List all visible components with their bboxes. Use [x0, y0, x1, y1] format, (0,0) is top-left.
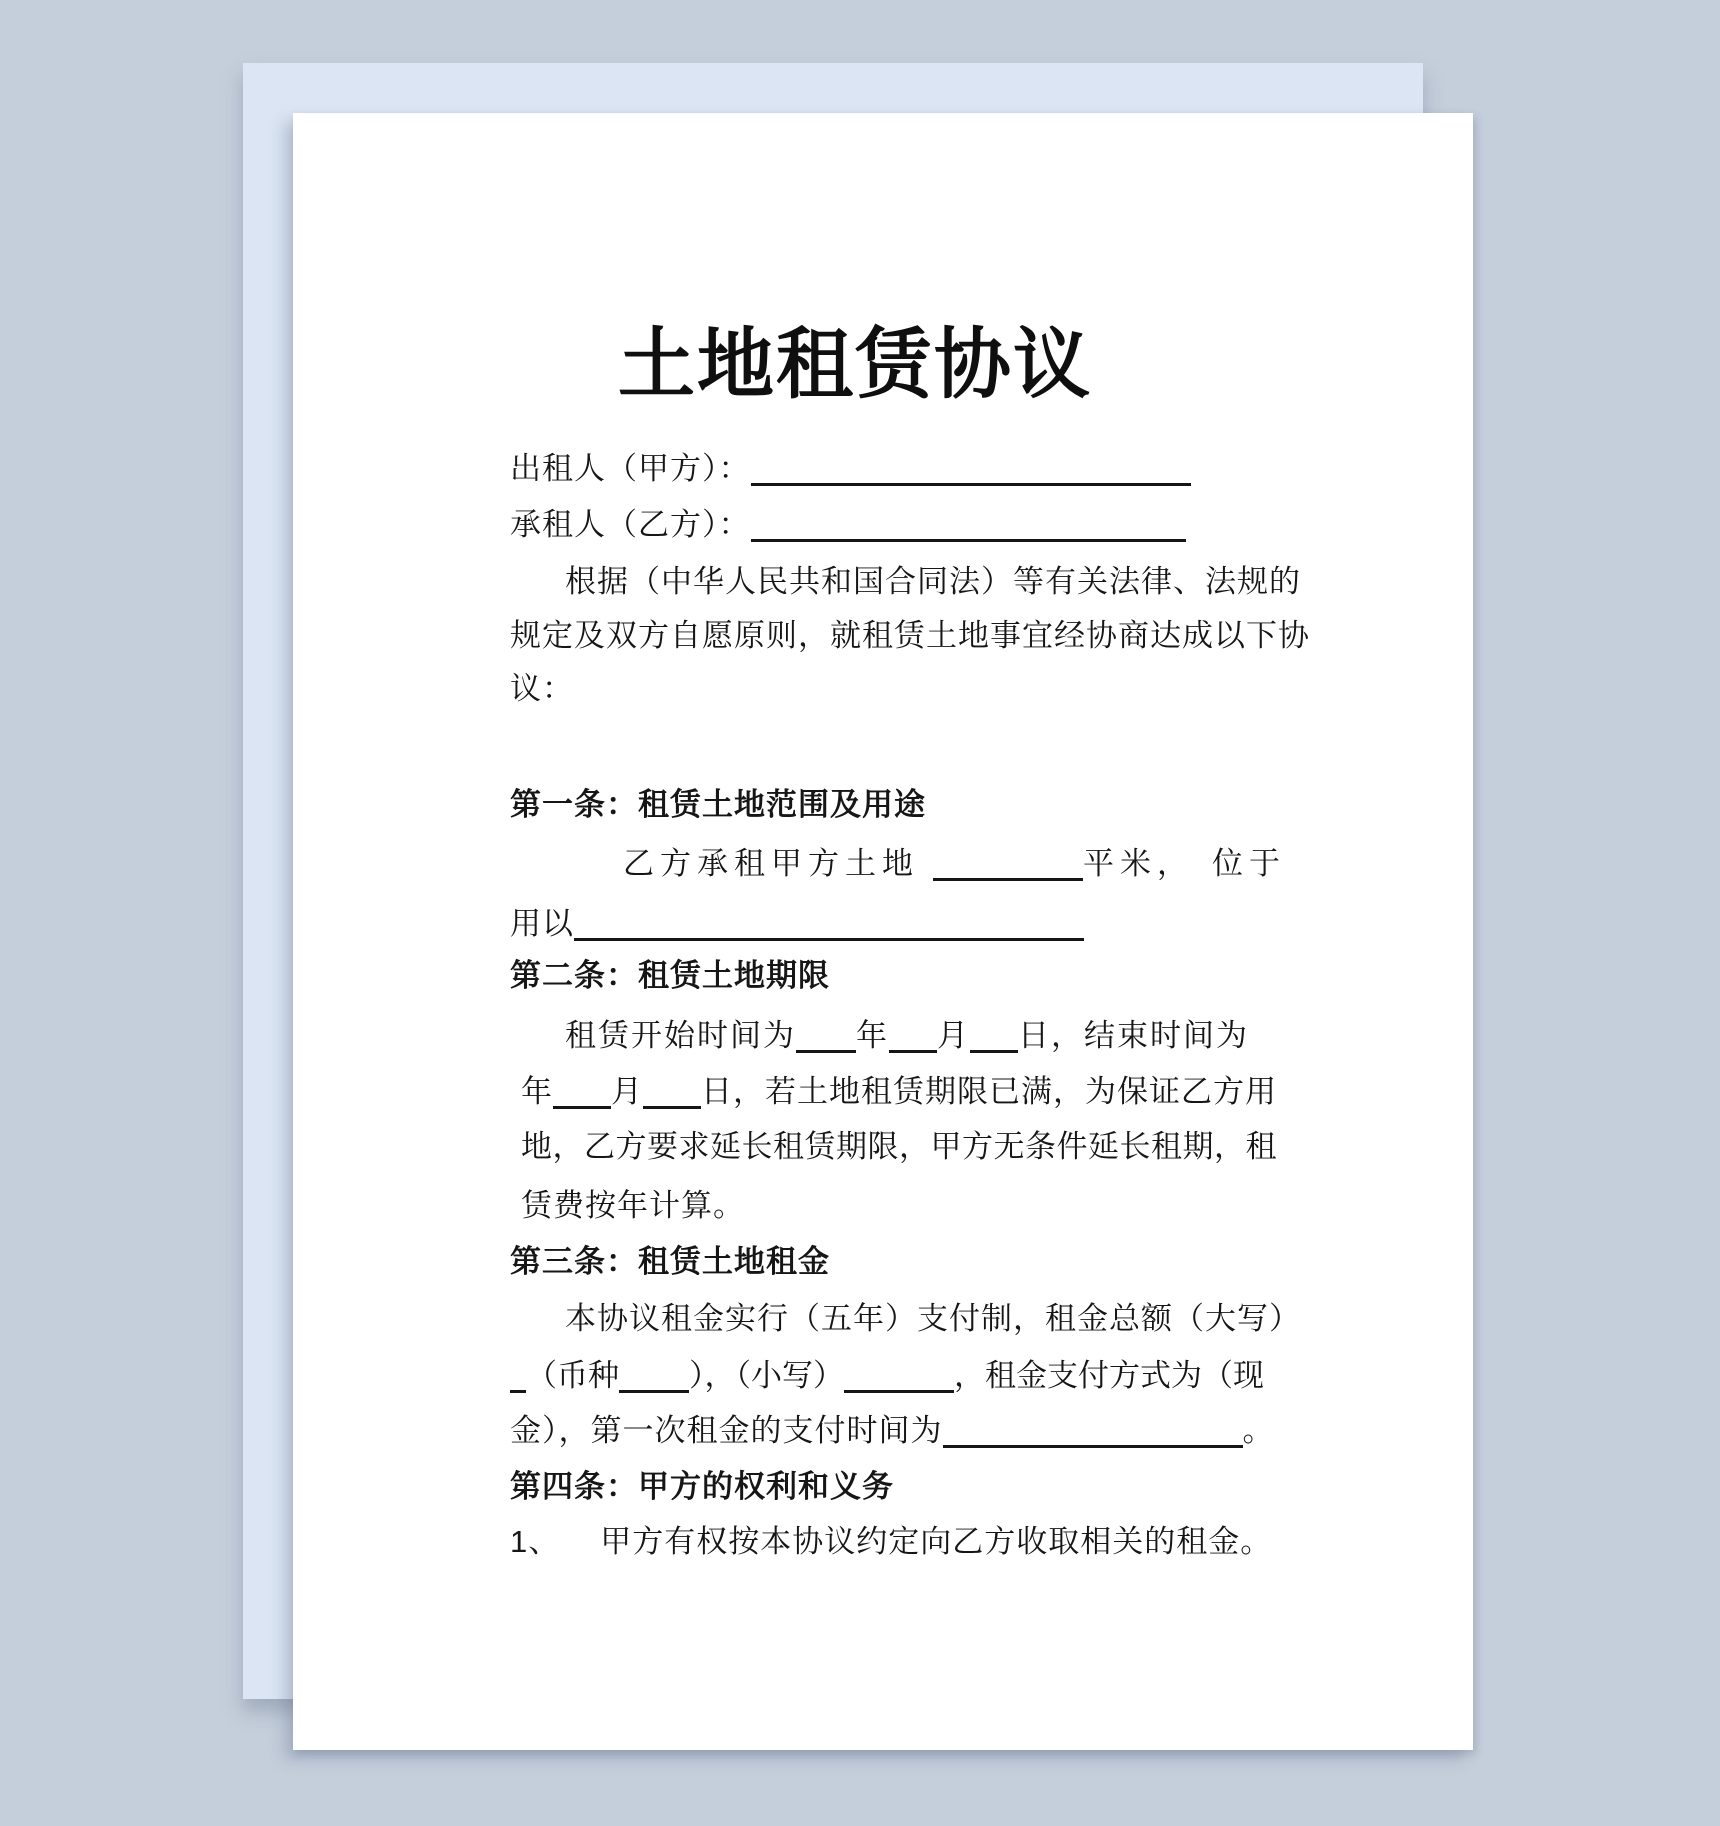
doc-line-3: 根据（中华人民共和国合同法）等有关法律、法规的	[565, 562, 1301, 602]
blank-underline	[796, 1050, 856, 1053]
doc-line-13: 赁费按年计算。	[521, 1186, 745, 1226]
text-run: 。	[1243, 1413, 1275, 1448]
text-run: 根据（中华人民共和国合同法）等有关法律、法规的	[565, 564, 1301, 599]
blank-underline	[889, 1050, 937, 1053]
blank-underline	[619, 1390, 689, 1393]
blank-underline	[844, 1390, 954, 1393]
doc-line-19: 1、甲方有权按本协议约定向乙方收取相关的租金。	[510, 1522, 1272, 1562]
doc-line-16: （币种），（小写），租金支付方式为（现	[510, 1356, 1264, 1396]
doc-line-12: 地，乙方要求延长租赁期限，甲方无条件延长租期，租	[521, 1127, 1277, 1167]
doc-line-17: 金），第一次租金的支付时间为。	[510, 1411, 1275, 1451]
text-run: 第三条：租赁土地租金	[510, 1244, 830, 1279]
text-run: 本协议租金实行（五年）支付制，租金总额（大写）	[565, 1301, 1301, 1336]
blank-underline	[574, 938, 1084, 941]
text-run: 1、	[510, 1524, 560, 1559]
text-run: 出租人（甲方）：	[510, 451, 751, 486]
text-run: 月	[937, 1018, 970, 1053]
text-run: ，租金支付方式为（现	[954, 1358, 1264, 1393]
text-run: 年	[856, 1018, 889, 1053]
text-run: 金），第一次租金的支付时间为	[510, 1413, 943, 1448]
blank-underline	[751, 483, 1191, 486]
blank-underline	[751, 539, 1186, 542]
doc-line-11: 年月日，若土地租赁期限已满，为保证乙方用	[521, 1072, 1277, 1112]
text-run: 乙方承租甲方土地	[623, 846, 919, 881]
doc-line-8: 用以	[510, 904, 1084, 944]
doc-line-10: 租赁开始时间为年月日，结束时间为	[565, 1016, 1249, 1056]
text-run: 第二条：租赁土地期限	[510, 958, 830, 993]
text-run: 承租人（乙方）：	[510, 507, 751, 542]
text-run: 议：	[510, 671, 574, 706]
blank-underline	[510, 1390, 526, 1393]
blank-underline	[943, 1445, 1243, 1448]
doc-line-2: 承租人（乙方）：	[510, 505, 1186, 545]
text-run: 租赁开始时间为	[565, 1018, 796, 1053]
text-run: 平米，	[1083, 846, 1194, 881]
doc-line-1: 出租人（甲方）：	[510, 449, 1191, 489]
text-run: （币种	[526, 1358, 619, 1393]
text-run: 赁费按年计算。	[521, 1188, 745, 1223]
text-run: ），（小写）	[689, 1358, 844, 1393]
text-run: 日，若土地租赁期限已满，为保证乙方用	[701, 1074, 1277, 1109]
doc-line-5: 议：	[510, 669, 574, 709]
doc-line-15: 本协议租金实行（五年）支付制，租金总额（大写）	[565, 1299, 1301, 1339]
text-run: 规定及双方自愿原则，就租赁土地事宜经协商达成以下协	[510, 618, 1310, 653]
doc-line-7: 乙方承租甲方土地平米，位于	[623, 844, 1286, 884]
doc-line-14: 第三条：租赁土地租金	[510, 1242, 830, 1282]
blank-underline	[970, 1050, 1018, 1053]
document-title: 土地租赁协议	[293, 303, 1417, 414]
text-run: 月	[611, 1074, 643, 1109]
text-run: 甲方有权按本协议约定向乙方收取相关的租金。	[600, 1524, 1272, 1559]
blank-underline	[553, 1106, 611, 1109]
text-run: 第四条：甲方的权利和义务	[510, 1469, 894, 1504]
doc-line-18: 第四条：甲方的权利和义务	[510, 1467, 894, 1507]
doc-line-6: 第一条：租赁土地范围及用途	[510, 785, 926, 825]
text-run: 用以	[510, 906, 574, 941]
doc-line-4: 规定及双方自愿原则，就租赁土地事宜经协商达成以下协	[510, 616, 1310, 656]
paper: 土地租赁协议 出租人（甲方）：承租人（乙方）：根据（中华人民共和国合同法）等有关…	[293, 113, 1473, 1750]
text-run: 位于	[1212, 846, 1286, 881]
blank-underline	[933, 878, 1083, 881]
text-run: 第一条：租赁土地范围及用途	[510, 787, 926, 822]
doc-line-9: 第二条：租赁土地期限	[510, 956, 830, 996]
blank-underline	[643, 1106, 701, 1109]
text-run: 地，乙方要求延长租赁期限，甲方无条件延长租期，租	[521, 1129, 1277, 1164]
desktop-background: { "colors": { "background": "#c5cedb", "…	[0, 0, 1720, 1826]
text-run: 日，结束时间为	[1018, 1018, 1249, 1053]
text-run: 年	[521, 1074, 553, 1109]
